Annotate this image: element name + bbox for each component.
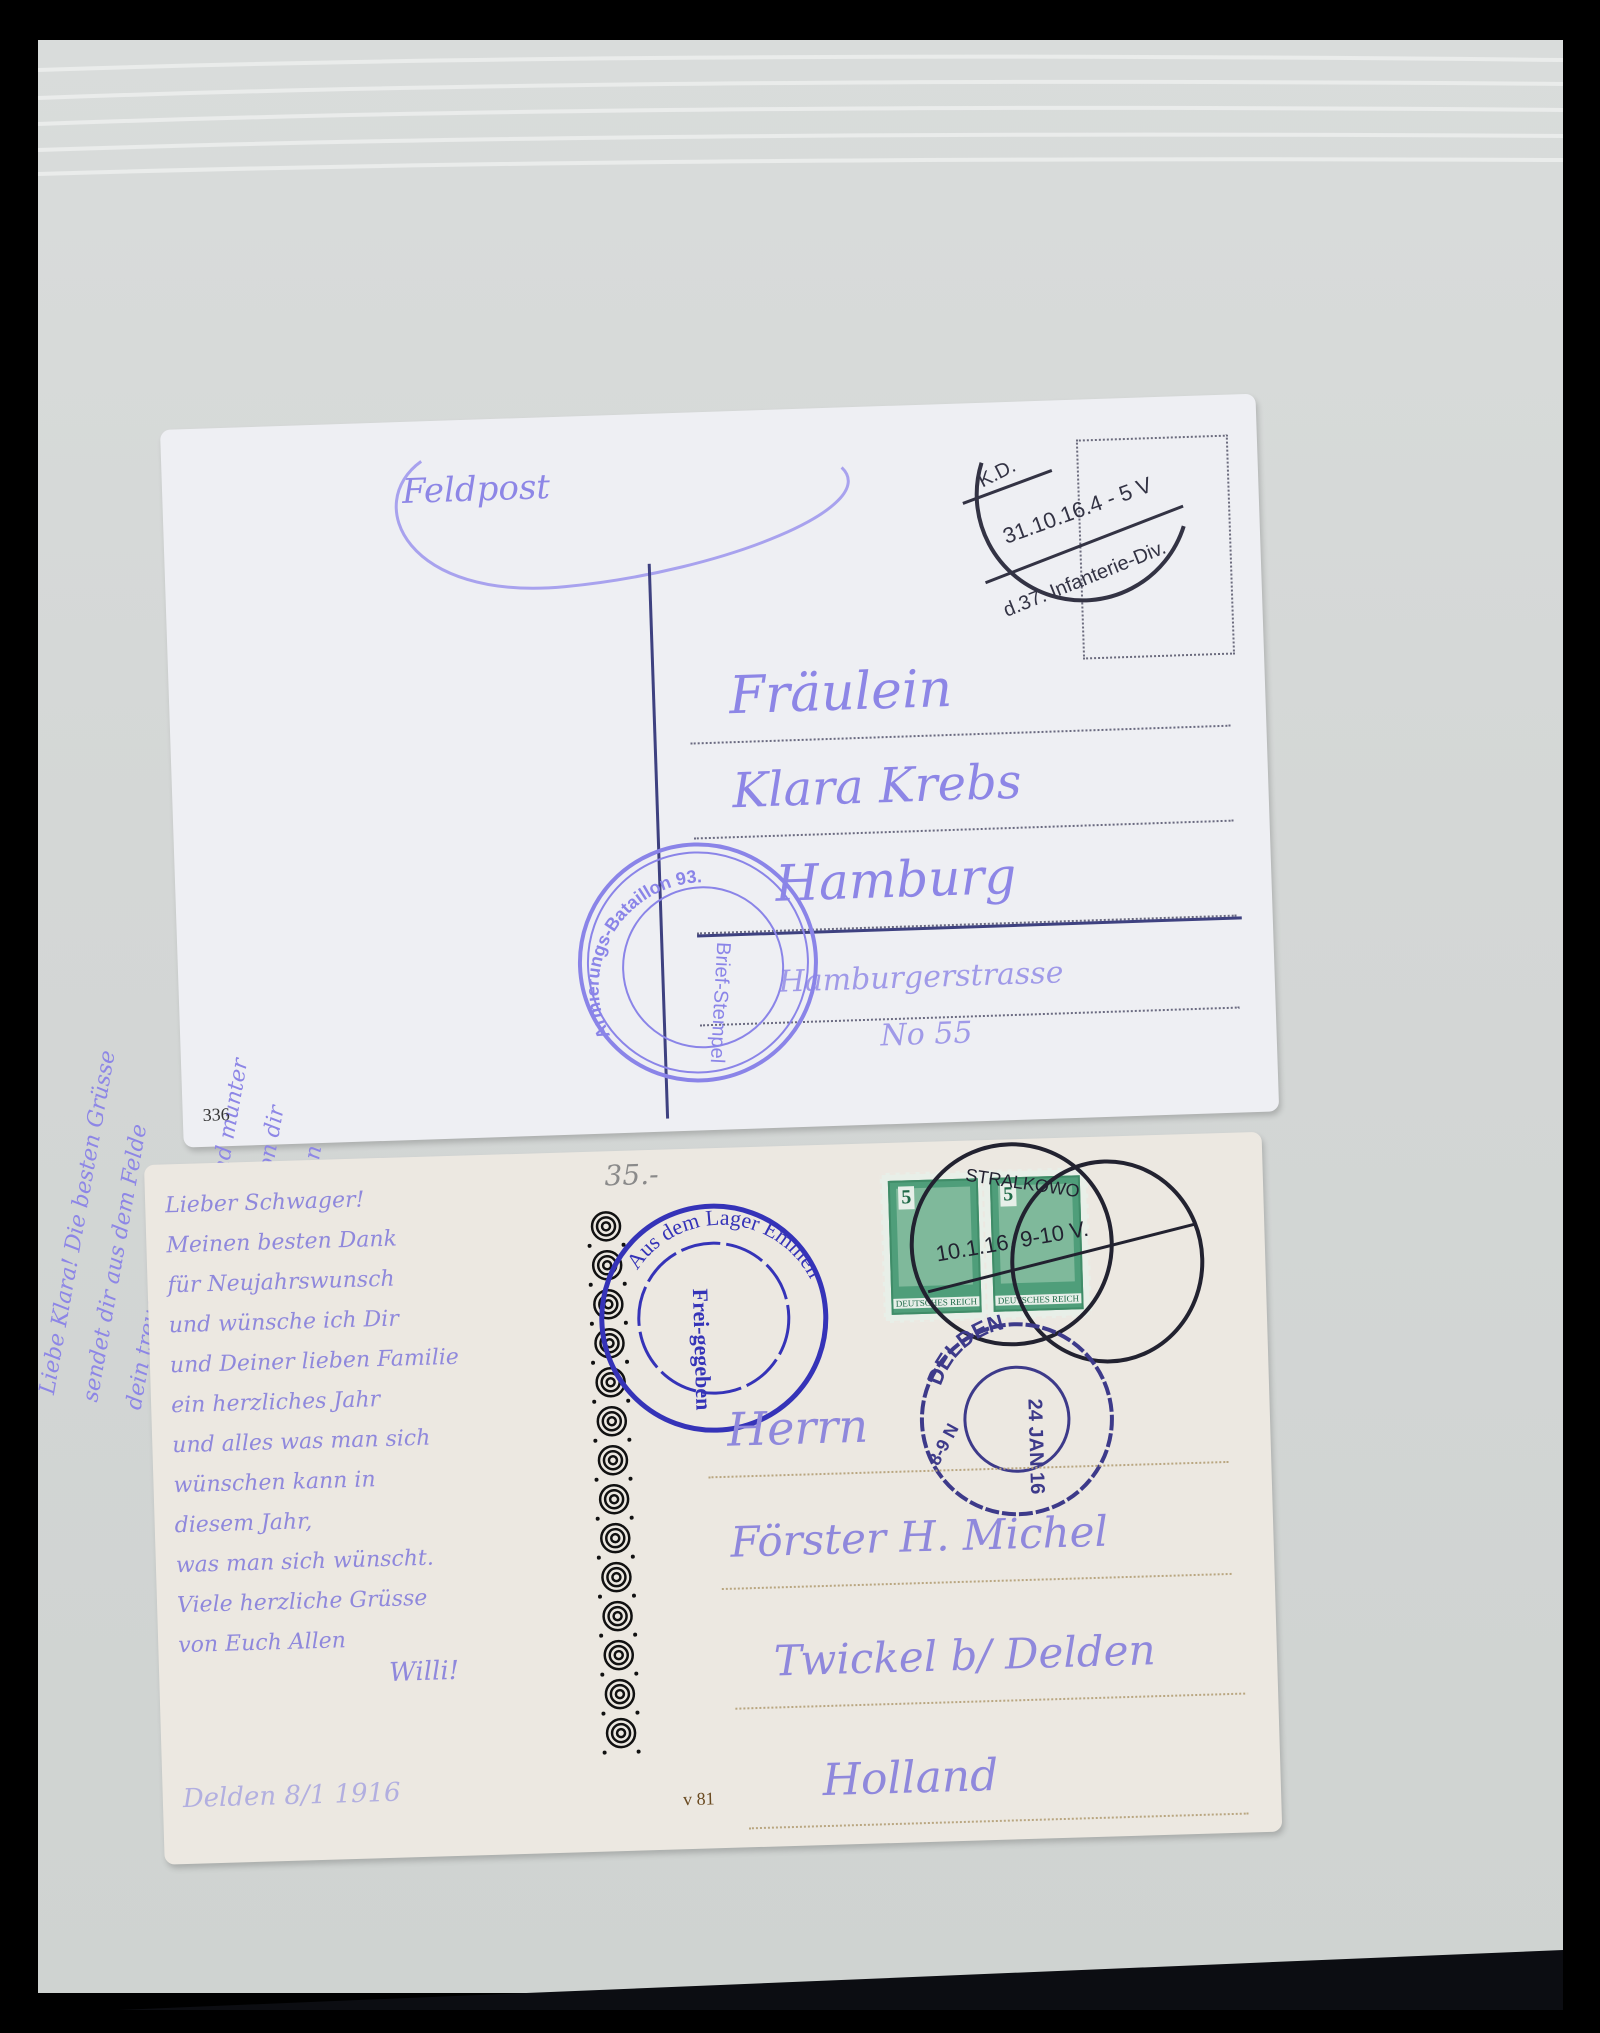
svg-text:24 JAN 16: 24 JAN 16 bbox=[1023, 1398, 1048, 1494]
feldpost-postmark: K.D. 31.10.16.4 - 5 V d.37. Infanterie-D… bbox=[941, 426, 1207, 635]
svg-text:Armierungs-Bataillon 93.: Armierungs-Bataillon 93. bbox=[579, 866, 708, 1042]
printed-number: 336 bbox=[202, 1104, 230, 1126]
pencil-price-note: 35.- bbox=[604, 1158, 659, 1193]
address-line: Herrn bbox=[726, 1399, 868, 1457]
address-line: No 55 bbox=[880, 1015, 973, 1053]
arrival-postmark: DELDEN 24 JAN 16 8-9 N bbox=[909, 1311, 1125, 1527]
svg-text:Brief-Stempel: Brief-Stempel bbox=[706, 942, 735, 1064]
postcard-holland: Lieber Schwager! Meinen besten Dank für … bbox=[144, 1132, 1282, 1865]
address-line: Förster H. Michel bbox=[730, 1507, 1109, 1567]
address-line-2 bbox=[722, 1573, 1232, 1590]
svg-text:STRALKOWO: STRALKOWO bbox=[964, 1165, 1081, 1201]
postcard-feldpost: Feldpost Liebe Klara! Die besten Grüsse … bbox=[160, 394, 1279, 1148]
printed-number: v 81 bbox=[683, 1788, 715, 1810]
page-bottom-shadow bbox=[38, 1950, 1563, 2010]
address-line: Twickel b/ Delden bbox=[773, 1625, 1156, 1685]
message-block: Lieber Schwager! Meinen besten Dank für … bbox=[165, 1173, 619, 1666]
address-line: Holland bbox=[822, 1750, 999, 1806]
address-line-3 bbox=[735, 1693, 1245, 1710]
flourish bbox=[361, 425, 928, 673]
svg-text:31.10.16.4 - 5 V: 31.10.16.4 - 5 V bbox=[999, 472, 1155, 549]
address-line-4 bbox=[749, 1813, 1249, 1830]
unit-cachet: Armierungs-Bataillon 93. Brief-Stempel bbox=[564, 828, 832, 1096]
address-line-1 bbox=[691, 725, 1231, 745]
page-ribs bbox=[38, 40, 1563, 180]
svg-text:K.D.: K.D. bbox=[975, 455, 1020, 492]
footer-note: Delden 8/1 1916 bbox=[182, 1778, 401, 1814]
address-line: Klara Krebs bbox=[731, 754, 1022, 820]
svg-text:DELDEN: DELDEN bbox=[920, 1311, 1008, 1389]
svg-text:8-9 N: 8-9 N bbox=[924, 1420, 962, 1468]
svg-text:Frei-gegeben: Frei-gegeben bbox=[688, 1288, 717, 1410]
signature: Willi! bbox=[389, 1656, 460, 1688]
svg-text:Aus dem Lager Emmen: Aus dem Lager Emmen bbox=[620, 1201, 829, 1287]
address-line: Fräulein bbox=[728, 659, 953, 726]
